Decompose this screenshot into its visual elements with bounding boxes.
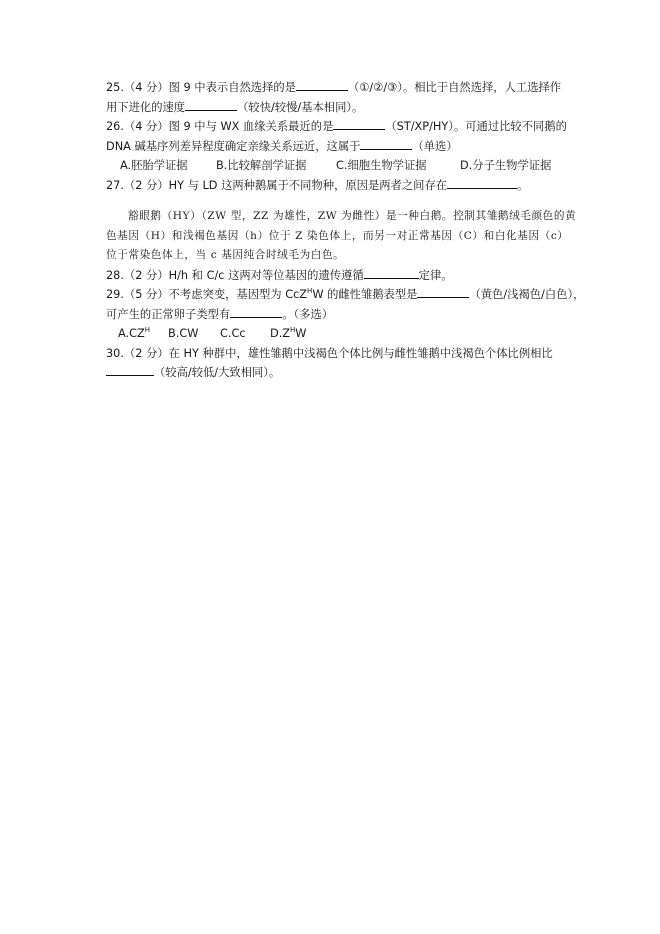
q30-line1: 30.（2 分）在 HY 种群中，雄性雏鹅中浅褐色个体比例与雌性雏鹅中浅褐色个体… (106, 344, 556, 364)
q26-text: （ST/XP/HY）。可通过比较不同鹅的 (385, 120, 567, 133)
q26-line1: 26.（4 分）图 9 中与 WX 血缘关系最近的是（ST/XP/HY）。可通过… (106, 117, 556, 137)
q25-text: 用下进化的速度 (106, 101, 185, 114)
q30-line2: （较高/较低/大致相同）。 (106, 363, 556, 383)
q26-option-b[interactable]: B.比较解剖学证据 (216, 156, 336, 176)
passage-line-3: 位于常染色体上，当 c 基因纯合时绒毛为白色。 (106, 246, 556, 266)
q27-line: 27.（2 分）HY 与 LD 这两种鹅属于不同物种，原因是两者之间存在。 (106, 176, 556, 196)
q29-line2: 可产生的正常卵子类型有。（多选） (106, 305, 556, 325)
q25-line2: 用下进化的速度（较快/较慢/基本相同）。 (106, 98, 556, 118)
passage-line-1: 豁眼鹅（HY）（ZW 型，ZZ 为雄性，ZW 为雌性）是一种白鹅。控制其雏鹅绒毛… (106, 207, 556, 227)
q29-line1: 29.（5 分）不考虑突变，基因型为 CcZHW 的雌性雏鹅表型是（黄色/浅褐色… (106, 285, 556, 305)
q26-text: （单选） (412, 140, 457, 153)
q26-text: 26.（4 分）图 9 中与 WX 血缘关系最近的是 (106, 120, 333, 133)
q27-blank[interactable] (447, 176, 517, 189)
q26-option-a[interactable]: A.胚胎学证据 (120, 156, 216, 176)
q29-option-d[interactable]: D.ZHW (270, 324, 306, 344)
q29-text: W 的雌性雏鹅表型是 (312, 288, 417, 301)
q29-blank-2[interactable] (230, 305, 282, 318)
q29-option-c[interactable]: C.Cc (220, 324, 270, 344)
q29-option-a[interactable]: A.CZH (118, 324, 168, 344)
q28-text: 28.（2 分）H/h 和 C/c 这两对等位基因的遗传遵循 (106, 269, 364, 282)
q28-blank[interactable] (364, 266, 419, 279)
q29-options: A.CZHB.CWC.CcD.ZHW (106, 324, 556, 344)
q26-text: DNA 碱基序列差异程度确定亲缘关系远近，这属于 (106, 140, 360, 153)
q25-blank-1[interactable] (296, 78, 348, 91)
q26-options: A.胚胎学证据B.比较解剖学证据C.细胞生物学证据D.分子生物学证据 (106, 156, 556, 176)
exam-page: 25.（4 分）图 9 中表示自然选择的是（①/②/③）。相比于自然选择，人工选… (106, 78, 556, 383)
q26-option-d[interactable]: D.分子生物学证据 (460, 156, 551, 176)
passage-line-2: 色基因（H）和浅褐色基因（h）位于 Z 染色体上，而另一对正常基因（C）和白化基… (106, 227, 556, 247)
q28-line: 28.（2 分）H/h 和 C/c 这两对等位基因的遗传遵循定律。 (106, 266, 556, 286)
q25-blank-2[interactable] (185, 98, 237, 111)
q27-text: 。 (517, 179, 528, 192)
q29-text: 可产生的正常卵子类型有 (106, 308, 230, 321)
q29-text: 29.（5 分）不考虑突变，基因型为 CcZ (106, 288, 307, 301)
q27-text: 27.（2 分）HY 与 LD 这两种鹅属于不同物种，原因是两者之间存在 (106, 179, 447, 192)
q29-text: （黄色/浅褐色/白色）， (469, 288, 584, 301)
q29-option-b[interactable]: B.CW (168, 324, 220, 344)
q29-text: 。（多选） (282, 308, 333, 321)
q25-text: 25.（4 分）图 9 中表示自然选择的是 (106, 81, 296, 94)
q25-text: （较快/较慢/基本相同）。 (237, 101, 363, 114)
q28-text: 定律。 (419, 269, 453, 282)
q30-blank[interactable] (106, 363, 154, 376)
q26-line2: DNA 碱基序列差异程度确定亲缘关系远近，这属于（单选） (106, 137, 556, 157)
q30-text: （较高/较低/大致相同）。 (154, 366, 280, 379)
q25-text: （①/②/③）。相比于自然选择，人工选择作 (348, 81, 561, 94)
q26-blank-1[interactable] (333, 117, 385, 130)
q26-option-c[interactable]: C.细胞生物学证据 (336, 156, 460, 176)
q25-line1: 25.（4 分）图 9 中表示自然选择的是（①/②/③）。相比于自然选择，人工选… (106, 78, 556, 98)
q29-blank-1[interactable] (417, 285, 469, 298)
q26-blank-2[interactable] (360, 137, 412, 150)
